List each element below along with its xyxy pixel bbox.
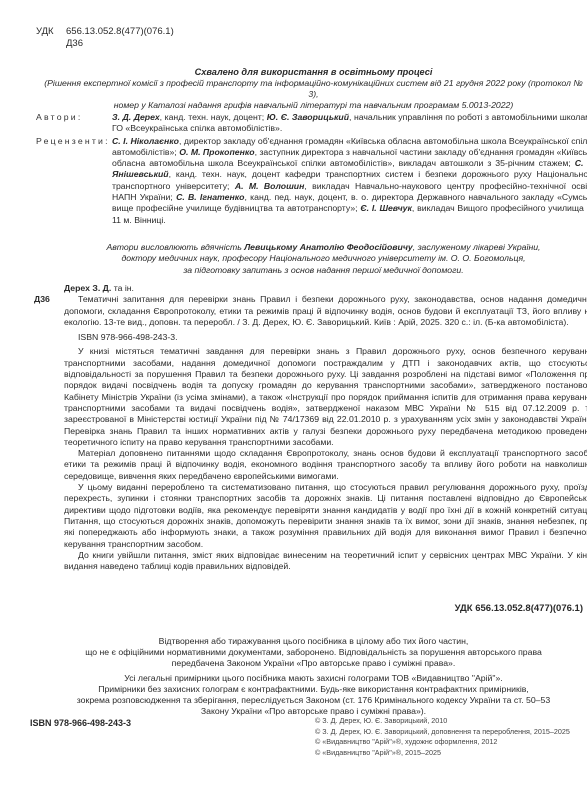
annotation-paragraph: У книзі містяться тематичні завдання для…: [28, 346, 587, 448]
udk-subcode: Д36: [36, 38, 174, 50]
isbn-footer: ISBN 978-966-498-243-3: [30, 718, 131, 728]
reviewers-text: С. І. Ніколаєнко, директор закладу об'єд…: [112, 136, 587, 226]
reviewer-name: О. М. Прокопенко: [179, 147, 254, 157]
thanks-line: доктору медичних наук, професору Націона…: [60, 253, 587, 264]
annotation-paragraph: До книги увійшли питання, зміст яких від…: [28, 550, 587, 573]
udk-header: УДК656.13.052.8(477)(076.1) Д36: [36, 26, 174, 50]
author-name: З. Д. Дерех: [112, 112, 160, 122]
thanks-text: Автори висловлюють вдячність: [107, 242, 245, 252]
rights-line: передбачена Законом України «Про авторсь…: [172, 658, 456, 668]
approval-block: Схвалено для використання в освітньому п…: [40, 67, 587, 111]
biblio-author-suffix: та ін.: [111, 283, 134, 293]
udk-footer: УДК 656.13.052.8(477)(076.1): [455, 603, 583, 614]
thanks-name: Левицькому Анатолію Феодосійовичу: [244, 242, 413, 252]
author-desc: , канд. техн. наук, доцент;: [160, 112, 267, 122]
thanks-line: за підготовку запитань з основ надання п…: [60, 265, 587, 276]
biblio-author: Дерех З. Д. та ін.: [28, 283, 587, 294]
copyright-line: © «Видавництво "Арій"»®, 2015–2025: [315, 748, 570, 759]
authors-text: З. Д. Дерех, канд. техн. наук, доцент; Ю…: [112, 112, 587, 135]
credits-block: Автори: З. Д. Дерех, канд. техн. наук, д…: [36, 112, 587, 227]
authors-label: Автори:: [36, 112, 112, 135]
annotation-paragraph: У цьому виданні перероблено та системати…: [28, 482, 587, 550]
acknowledgement: Автори висловлюють вдячність Левицькому …: [60, 242, 587, 276]
authors-row: Автори: З. Д. Дерех, канд. техн. наук, д…: [36, 112, 587, 135]
biblio-isbn: ISBN 978-966-498-243-3.: [28, 332, 587, 343]
rights-line: Примірники без захисних голограм є контр…: [98, 684, 529, 694]
rights-notice: Відтворення або тиражування цього посібн…: [40, 636, 587, 721]
reviewer-name: С. В. Ігнатенко: [176, 192, 244, 202]
reviewer-name: Є. І. Шевчук: [360, 203, 412, 213]
thanks-text: , заслуженому лікареві України,: [413, 242, 541, 252]
copyright-line: © З. Д. Дерех, Ю. Є. Заворицький, 2010: [315, 716, 570, 727]
rights-line: зокрема розповсюдження та зберігання, пе…: [77, 695, 550, 705]
approval-title: Схвалено для використання в освітньому п…: [40, 67, 587, 78]
copyright-line: © «Видавництво "Арій"»®, художнє оформле…: [315, 737, 570, 748]
rights-line: Закону України «Про авторське право і су…: [201, 706, 426, 716]
udk-label: УДК: [36, 26, 66, 38]
copyright-line: © З. Д. Дерех, Ю. Є. Заворицький, доповн…: [315, 727, 570, 738]
author-name: Ю. Є. Заворицький: [267, 112, 349, 122]
biblio-code: Д36: [34, 294, 50, 305]
udk-code: 656.13.052.8(477)(076.1): [66, 26, 174, 37]
annotation-paragraph: Матеріал доповнено питаннями щодо склада…: [28, 448, 587, 482]
approval-line: номер у Каталозі надання грифів навчальн…: [40, 100, 587, 111]
biblio-author-name: Дерех З. Д.: [64, 283, 111, 293]
bibliographic-record: Дерех З. Д. та ін. Д36 Тематичні запитан…: [28, 283, 587, 572]
rights-line: Усі легальні примірники цього посібника …: [124, 673, 502, 683]
rights-line: що не є офіційними нормативними документ…: [85, 647, 542, 657]
reviewer-name: С. І. Ніколаєнко: [112, 136, 179, 146]
reviewers-label: Рецензенти:: [36, 136, 112, 226]
approval-line: (Рішення експертної комісії з професій т…: [40, 78, 587, 100]
reviewers-row: Рецензенти: С. І. Ніколаєнко, директор з…: [36, 136, 587, 226]
rights-line: Відтворення або тиражування цього посібн…: [159, 636, 469, 646]
copyright-block: © З. Д. Дерех, Ю. Є. Заворицький, 2010 ©…: [315, 716, 570, 758]
biblio-description: Тематичні запитання для перевірки знань …: [28, 294, 587, 328]
reviewer-name: А. М. Волошин: [235, 181, 305, 191]
